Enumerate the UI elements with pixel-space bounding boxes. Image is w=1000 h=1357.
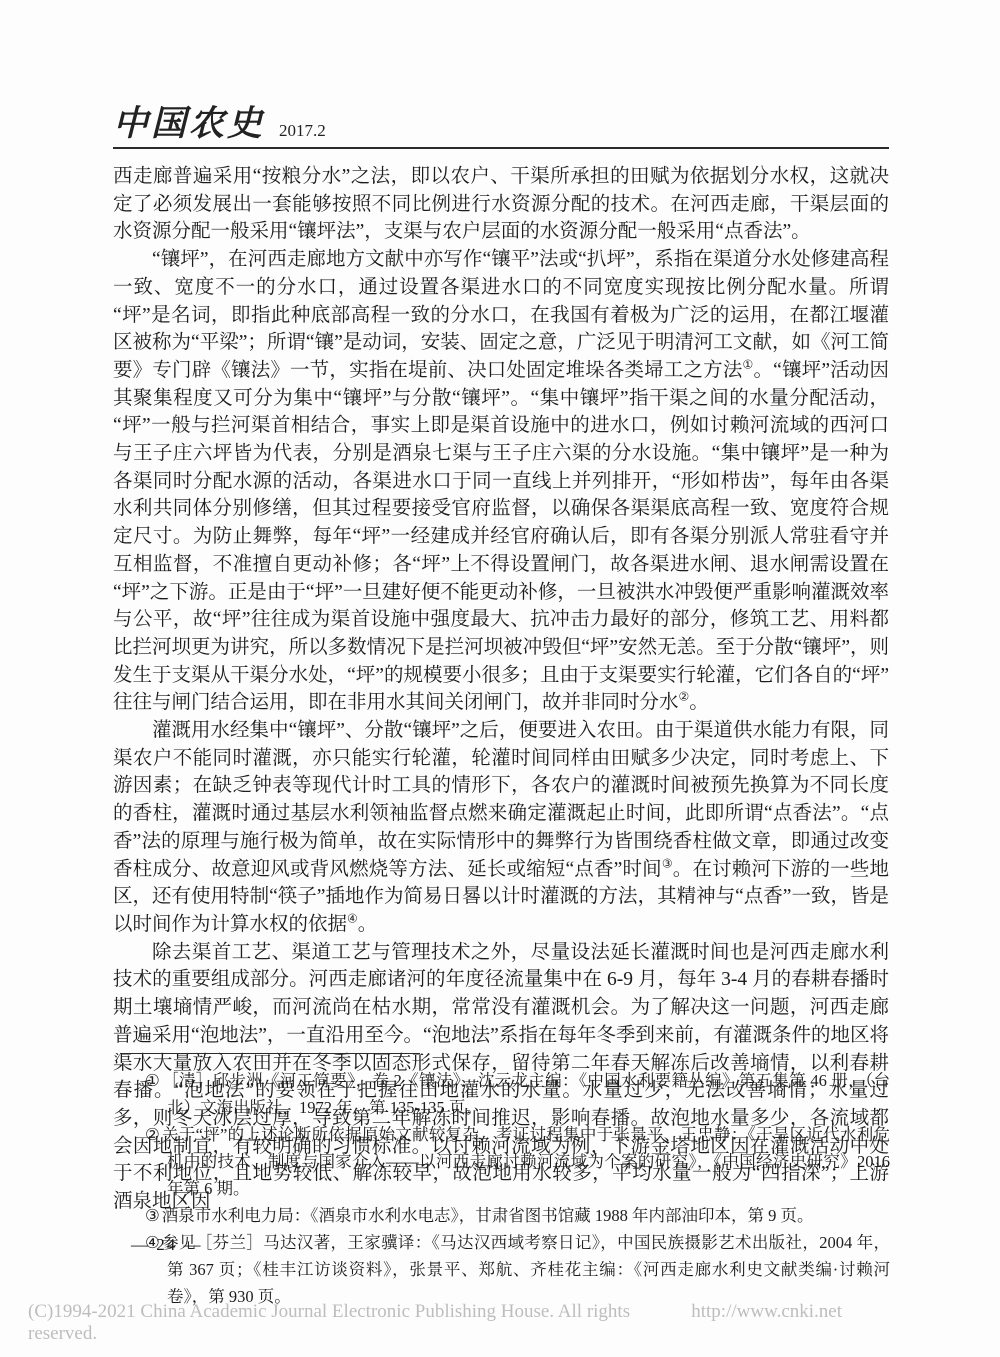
footnote-marker: ①: [145, 1071, 162, 1090]
watermark-copyright: (C)1994-2021 China Academic Journal Elec…: [28, 1301, 691, 1345]
text-run: 西走廊普遍采用“按粮分水”之法，即以农户、干渠所承担的田赋为依据划分水权，这就决…: [113, 166, 889, 242]
watermark-footer: (C)1994-2021 China Academic Journal Elec…: [28, 1301, 972, 1345]
footnote-marker: ②: [145, 1125, 162, 1144]
footnote-item: ①［清］邱步洲《河工简要》，卷 2《镶法》，沈云龙主编：《中国水利要籍丛编》第五…: [145, 1067, 890, 1121]
watermark-url: http://www.cnki.net: [691, 1301, 842, 1345]
text-run: 。: [689, 692, 709, 713]
footnote-item: ②关于“坪”的上述论断所依据原始文献较复杂，考证过程集中于张景平、王忠静：《干旱…: [145, 1121, 890, 1202]
text-run: 灌溉用水经集中“镶坪”、分散“镶坪”之后，便要进入农田。由于渠道供水能力有限，同…: [113, 720, 889, 880]
journal-page: 中国农史 2017.2 西走廊普遍采用“按粮分水”之法，即以农户、干渠所承担的田…: [0, 0, 1000, 1357]
body-paragraph: “镶坪”，在河西走廊地方文献中亦写作“镶平”法或“扒坪”，系指在渠道分水处修建高…: [113, 246, 889, 717]
footnotes-list: ①［清］邱步洲《河工简要》，卷 2《镶法》，沈云龙主编：《中国水利要籍丛编》第五…: [145, 1067, 890, 1310]
body-paragraph: 西走廊普遍采用“按粮分水”之法，即以农户、干渠所承担的田赋为依据划分水权，这就决…: [113, 163, 889, 246]
page-number: — 24 —: [131, 1235, 203, 1255]
footnote-marker: ③: [145, 1206, 162, 1225]
text-run: 。: [358, 914, 378, 935]
journal-logo: 中国农史: [113, 106, 265, 141]
footnote-item: ④参见［芬兰］马达汉著，王家骥译：《马达汉西域考察日记》，中国民族摄影艺术出版社…: [145, 1229, 890, 1310]
text-run: 。“镶坪”活动因其聚集程度又可分为集中“镶坪”与分散“镶坪”。“集中镶坪”指干渠…: [113, 360, 889, 713]
journal-issue: 2017.2: [279, 122, 326, 141]
page-header: 中国农史 2017.2: [113, 106, 889, 149]
footnote-ref: ③: [662, 856, 673, 870]
footnote-text: 关于“坪”的上述论断所依据原始文献较复杂，考证过程集中于张景平、王忠静：《干旱区…: [162, 1125, 890, 1198]
footnote-text: 酒泉市水利电力局：《酒泉市水利水电志》，甘肃省图书馆藏 1988 年内部油印本，…: [162, 1206, 814, 1225]
footnote-separator: [120, 1053, 420, 1054]
body-paragraphs: 西走廊普遍采用“按粮分水”之法，即以农户、干渠所承担的田赋为依据划分水权，这就决…: [113, 163, 889, 1216]
footnote-text: 参见［芬兰］马达汉著，王家骥译：《马达汉西域考察日记》，中国民族摄影艺术出版社，…: [162, 1233, 890, 1306]
footnote-item: ③酒泉市水利电力局：《酒泉市水利水电志》，甘肃省图书馆藏 1988 年内部油印本…: [145, 1202, 890, 1229]
footnote-text: ［清］邱步洲《河工简要》，卷 2《镶法》，沈云龙主编：《中国水利要籍丛编》第五集…: [162, 1071, 890, 1117]
footnote-ref: ①: [743, 357, 754, 371]
footnote-ref: ④: [347, 911, 358, 925]
footnote-ref: ②: [679, 690, 690, 704]
body-paragraph: 灌溉用水经集中“镶坪”、分散“镶坪”之后，便要进入农田。由于渠道供水能力有限，同…: [113, 717, 889, 939]
